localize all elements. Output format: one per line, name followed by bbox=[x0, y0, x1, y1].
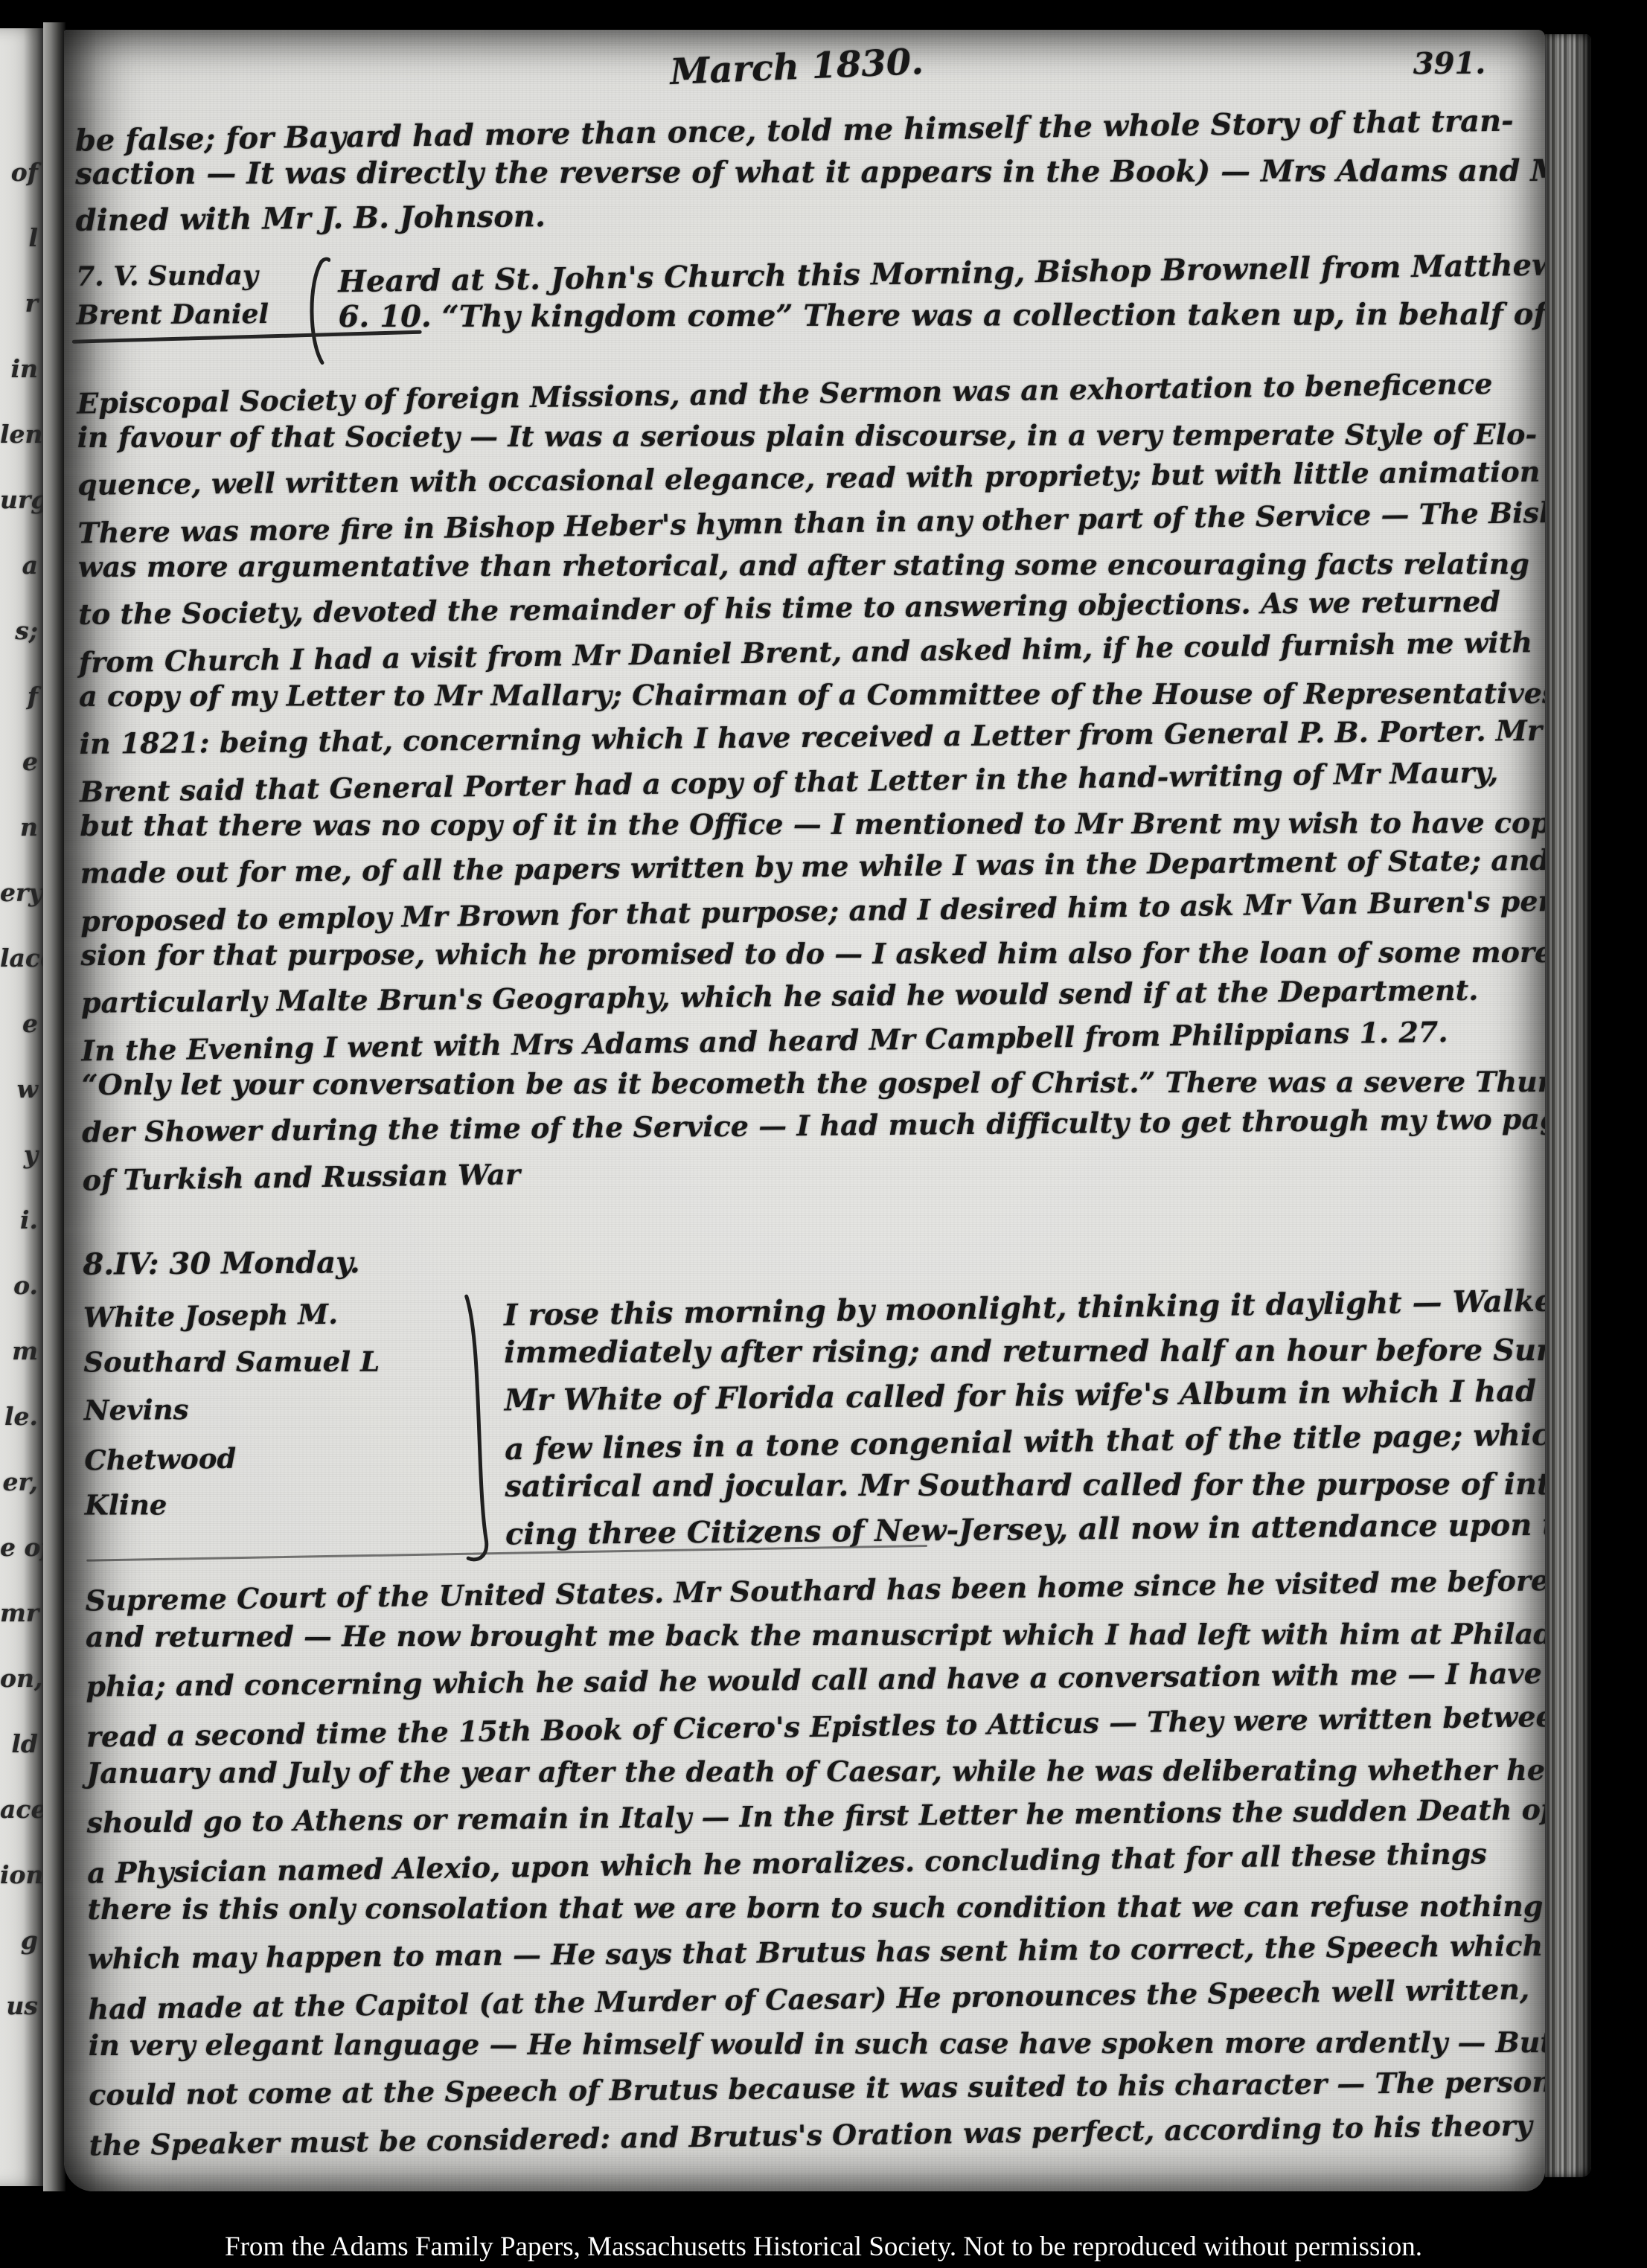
facing-page-text-fragment: e bbox=[0, 991, 43, 1057]
entry-monday: White Joseph M.Southard Samuel LNevinsCh… bbox=[83, 1281, 1529, 1570]
facing-page-text-fragment: s; bbox=[0, 598, 43, 664]
facing-page-text-fragment: e of bbox=[0, 1515, 43, 1580]
book-gutter bbox=[43, 22, 65, 2191]
margin-brace-icon bbox=[299, 257, 331, 368]
entry-monday-indented-text: I rose this morning by moonlight, thinki… bbox=[504, 1281, 1545, 1567]
facing-page-text-fragment: ld bbox=[0, 1711, 43, 1777]
facing-page-text-fragment: g bbox=[0, 1908, 43, 1973]
facing-page-text-fragment: len. bbox=[0, 402, 43, 467]
facing-page-text-fragment: o. bbox=[0, 1253, 43, 1319]
facing-page-text-fragment: i. bbox=[0, 1188, 43, 1253]
entry-monday-text: Supreme Court of the United States. Mr S… bbox=[85, 1562, 1532, 2162]
facing-page-text-fragment: l bbox=[0, 205, 43, 271]
margin-visitor-names: White Joseph M.Southard Samuel LNevinsCh… bbox=[83, 1289, 461, 1570]
manuscript-scan: oflrinlen.urg,as;fenerylace,ewyi.o.mle.e… bbox=[0, 0, 1647, 2268]
manuscript-line: satirical and jocular. Mr Southard calle… bbox=[505, 1462, 1545, 1509]
facing-page-text-fragment: of bbox=[0, 140, 43, 205]
facing-page-text-fragment: ion, bbox=[0, 1842, 43, 1908]
facing-page-text-fragment: lace, bbox=[0, 926, 43, 991]
facing-page-text-fragment: le. bbox=[0, 1384, 43, 1449]
margin-brace-icon bbox=[459, 1293, 497, 1567]
page-number: 391. bbox=[1413, 46, 1486, 82]
entry-monday-heading: 8.IV: 30 Monday. bbox=[83, 1232, 1526, 1287]
facing-page-text-fragment: e bbox=[0, 729, 43, 795]
facing-page-text-fragment: f bbox=[0, 664, 43, 729]
facing-page-text-fragment: on, bbox=[0, 1646, 43, 1711]
facing-page-text-fragment: n bbox=[0, 795, 43, 860]
archive-caption: From the Adams Family Papers, Massachuse… bbox=[0, 2231, 1647, 2264]
margin-name: White Joseph M. bbox=[83, 1288, 459, 1341]
facing-page-text-fragment: r bbox=[0, 271, 43, 336]
entry-sunday-indented-text: Heard at St. John's Church this Morning,… bbox=[338, 246, 1545, 368]
facing-page-text-fragment: ace bbox=[0, 1777, 43, 1842]
facing-page-text-fragment: in bbox=[0, 336, 43, 402]
facing-page-text-fragment: us bbox=[0, 1973, 43, 2039]
margin-name: Southard Samuel L bbox=[83, 1337, 459, 1386]
facing-page-text-fragment: urg, bbox=[0, 467, 43, 533]
facing-page-edge: oflrinlen.urg,as;fenerylace,ewyi.o.mle.e… bbox=[0, 28, 43, 2186]
facing-page-text-fragment: er, bbox=[0, 1449, 43, 1515]
book-page-edges bbox=[1545, 34, 1591, 2177]
facing-page-text-fragment: y bbox=[0, 1122, 43, 1188]
margin-notes-sunday: 7. V. Sunday Brent Daniel bbox=[76, 256, 300, 371]
facing-page-text-fragment: m bbox=[0, 1319, 43, 1384]
facing-page-text-fragment: a bbox=[0, 533, 43, 598]
facing-page-text-fragment: mr bbox=[0, 1580, 43, 1646]
entry-sunday: 7. V. Sunday Brent Daniel Heard at St. J… bbox=[76, 247, 1520, 371]
page-content: March 1830. 391. be false; for Bayard ha… bbox=[64, 30, 1545, 2191]
page-header-date: March 1830. bbox=[669, 41, 924, 93]
entry-sunday-text: Episcopal Society of foreign Missions, a… bbox=[77, 366, 1526, 1197]
intro-paragraph: be false; for Bayard had more than once,… bbox=[75, 103, 1520, 241]
margin-name: Kline bbox=[85, 1480, 461, 1528]
margin-date: 7. V. Sunday bbox=[76, 256, 299, 296]
manuscript-line: immediately after rising; and returned h… bbox=[504, 1328, 1545, 1375]
margin-name: Chetwood bbox=[84, 1431, 461, 1484]
manuscript-line: 6. 10. “Thy kingdom come” There was a co… bbox=[338, 293, 1545, 339]
facing-page-text-fragment: w bbox=[0, 1057, 43, 1122]
manuscript-page: March 1830. 391. be false; for Bayard ha… bbox=[64, 30, 1545, 2191]
margin-name: Brent Daniel bbox=[76, 295, 299, 335]
margin-name: Nevins bbox=[83, 1383, 460, 1435]
facing-page-text-fragment: ery bbox=[0, 860, 43, 926]
